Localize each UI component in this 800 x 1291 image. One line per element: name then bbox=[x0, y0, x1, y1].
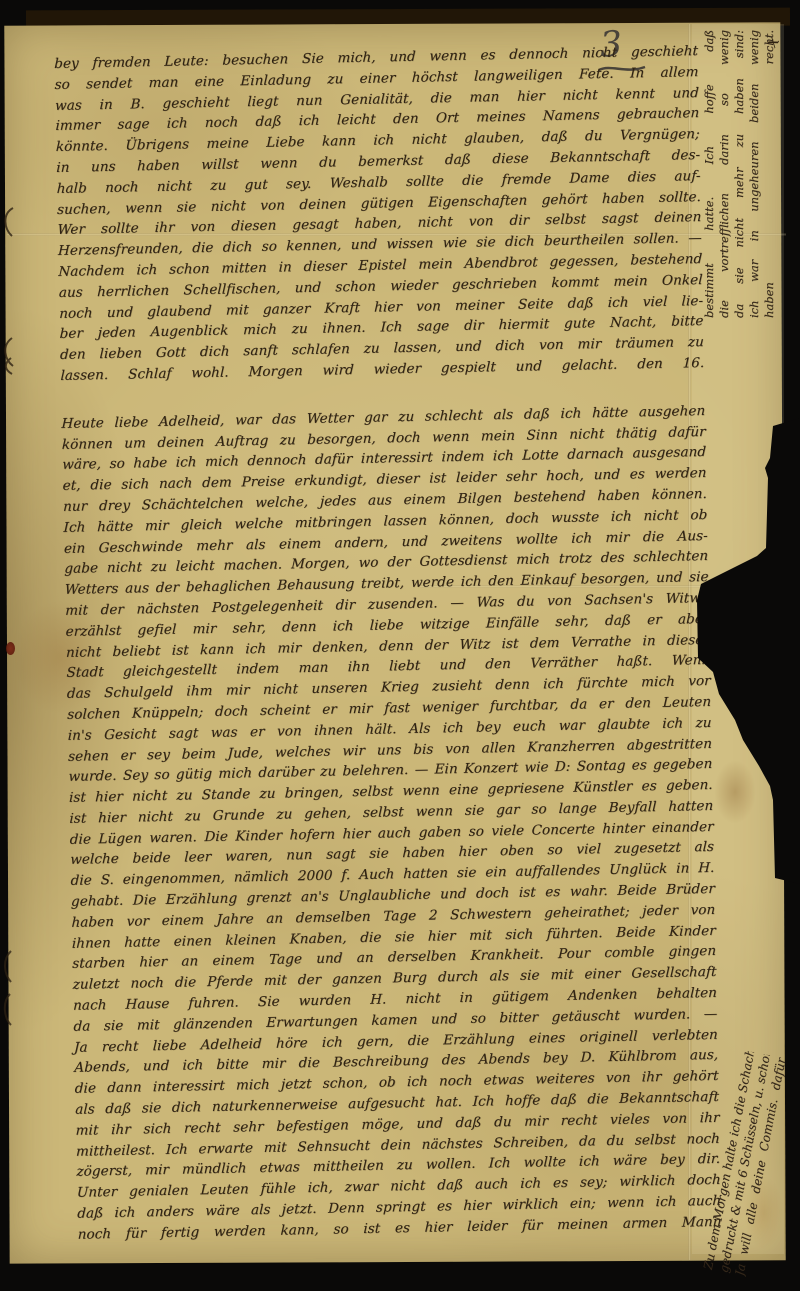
edge-ink-mark bbox=[0, 948, 14, 1028]
margin-note-line: haben recht. bbox=[762, 30, 777, 318]
letter-body-text: bey fremden Leute: besuchen Sie mich, un… bbox=[54, 41, 722, 1245]
letter-paragraph-2: Heute liebe Adelheid, war das Wetter gar… bbox=[61, 401, 722, 1246]
paper-stain-right bbox=[714, 760, 756, 824]
margin-note-line: da sie nicht mehr zu haben sind: bbox=[732, 30, 747, 318]
edge-ink-mark bbox=[0, 336, 16, 376]
edge-ink-mark bbox=[0, 205, 16, 239]
ink-stain-red bbox=[6, 642, 15, 655]
margin-note-line: die vortrefflichen darin so wenig bbox=[717, 30, 732, 318]
margin-note-line: ich war in ungeheuren beiden wenig bbox=[747, 30, 762, 318]
letter-paragraph-1: bey fremden Leute: besuchen Sie mich, un… bbox=[54, 41, 705, 387]
margin-note-line: bestimmt hatte. Ich hoffe daß bbox=[702, 30, 717, 318]
margin-note-top-right: bestimmt hatte. Ich hoffe daßdie vortref… bbox=[702, 30, 777, 318]
scanned-letter: 3 bey fremden Leute: besuchen Sie mich, … bbox=[0, 0, 800, 1291]
